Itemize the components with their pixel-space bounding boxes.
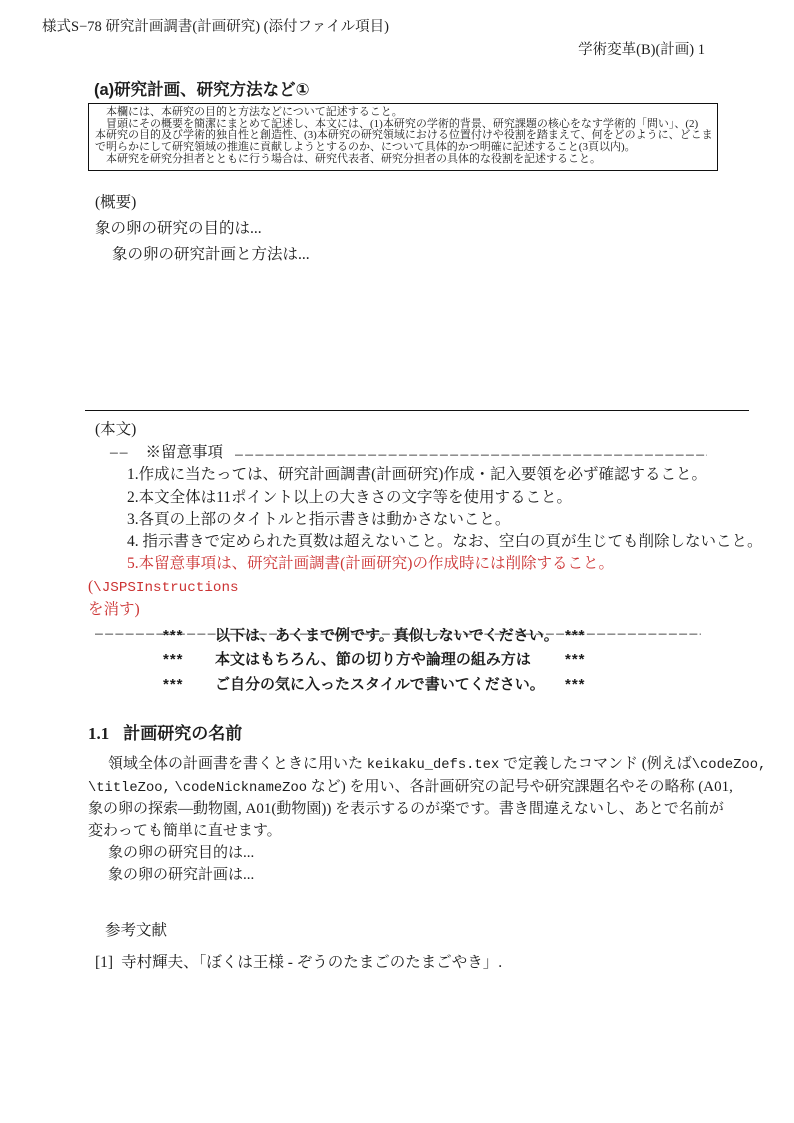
tex-command: \codeNicknameZoo (175, 781, 307, 796)
paragraph-line: 領域全体の計画書を書くときに用いた keikaku_defs.tex で定義した… (88, 754, 778, 777)
paragraph-line: \titleZoo, \codeNicknameZoo など) を用い、各計画研… (88, 777, 778, 800)
subsection-number: 1.1 (88, 724, 109, 743)
notes-section: ––※留意事項–––––––––––––––––––––––––––––––––… (88, 442, 750, 644)
tex-command: \codeZoo, (692, 758, 767, 773)
reference-marker: [1] (95, 954, 113, 971)
note-item-4: 4. 指示書きで定められた頁数は超えないこと。なお、空白の頁が生じても削除しない… (88, 531, 750, 553)
example-disclaimer: *** 以下は、あくまで例です。真似しないでください。 *** *** 本文はも… (163, 624, 617, 697)
note-item-3: 3.各頁の上部のタイトルと指示書きは動かさないこと。 (88, 509, 750, 531)
dash-prefix: –– (110, 444, 130, 461)
body-label: (本文) (95, 417, 136, 439)
disclaimer-text: 以下は、あくまで例です。真似しないでください。 (215, 624, 565, 648)
jsps-command: \JSPSInstructions (93, 580, 238, 596)
note-item-5-continuation: を消す) (88, 601, 140, 618)
instruction-line: 本研究を研究分担者とともに行う場合は、研究代表者、研究分担者の具体的な役割を記述… (95, 154, 711, 166)
tex-filename: keikaku_defs.tex (367, 758, 499, 773)
note-item-5: 5.本留意事項は、研究計画調書(計画研究)の作成時には削除すること。(\JSPS… (88, 553, 750, 621)
disclaimer-text: 本文はもちろん、節の切り方や論理の組み方は (215, 648, 565, 672)
stars-left: *** (163, 624, 215, 648)
category-page-header: 学術変革(B)(計画) 1 (578, 38, 705, 59)
subsection-heading: 1.1計画研究の名前 (88, 719, 242, 744)
section-a-title: (a)研究計画、研究方法など① (94, 76, 310, 100)
form-code-header: 様式S−78 研究計画調書(計画研究) (添付ファイル項目) (42, 15, 389, 36)
disclaimer-row: *** 本文はもちろん、節の切り方や論理の組み方は *** (163, 648, 617, 672)
stars-left: *** (163, 673, 215, 697)
reference-text: 寺村輝夫、「ぼくは王様 - ぞうのたまごのたまごやき」. (121, 954, 502, 971)
horizontal-rule (85, 410, 749, 411)
stars-right: *** (565, 673, 617, 697)
disclaimer-row: *** ご自分の気に入ったスタイルで書いてください。 *** (163, 673, 617, 697)
overview-section: (概要) 象の卵の研究の目的は... 象の卵の研究計画と方法は... (95, 190, 310, 268)
instruction-line: 本欄には、本研究の目的と方法などについて記述すること。 (95, 107, 711, 119)
dash-run: ––––––––––––––––––––––––––––––––––––––––… (235, 444, 707, 463)
stars-right: *** (565, 648, 617, 672)
subsection-title: 計画研究の名前 (123, 724, 242, 743)
disclaimer-text: ご自分の気に入ったスタイルで書いてください。 (215, 673, 565, 697)
paragraph-line: 変わっても簡単に直せます。 (88, 821, 778, 843)
document-page: 様式S−78 研究計画調書(計画研究) (添付ファイル項目) 学術変革(B)(計… (0, 0, 794, 1123)
notes-label: ※留意事項 (146, 444, 224, 461)
note-item-1: 1.作成に当たっては、研究計画調書(計画研究)作成・記入要領を必ず確認すること。 (88, 464, 750, 486)
disclaimer-row: *** 以下は、あくまで例です。真似しないでください。 *** (163, 624, 617, 648)
reference-item: [1]寺村輝夫、「ぼくは王様 - ぞうのたまごのたまごやき」. (95, 950, 502, 972)
note-item-2: 2.本文全体は11ポイント以上の大きさの文字等を使用すること。 (88, 487, 750, 509)
body-paragraph: 領域全体の計画書を書くときに用いた keikaku_defs.tex で定義した… (88, 754, 778, 886)
references-heading: 参考文献 (105, 918, 167, 940)
stars-left: *** (163, 648, 215, 672)
paragraph-line: 象の卵の探索—動物園, A01(動物園)) を表示するのが楽です。書き間違えない… (88, 799, 778, 821)
overview-label: (概要) (95, 190, 310, 216)
overview-line: 象の卵の研究の目的は... (95, 216, 310, 242)
stars-right: *** (565, 624, 617, 648)
paragraph-line: 象の卵の研究目的は... (88, 843, 778, 865)
notes-heading: ––※留意事項–––––––––––––––––––––––––––––––––… (88, 442, 750, 464)
instruction-box: 本欄には、本研究の目的と方法などについて記述すること。 冒頭にその概要を簡潔にま… (88, 103, 718, 171)
paragraph-line: 象の卵の研究計画は... (88, 865, 778, 887)
overview-line: 象の卵の研究計画と方法は... (95, 242, 310, 268)
tex-command: \titleZoo, (88, 781, 171, 796)
